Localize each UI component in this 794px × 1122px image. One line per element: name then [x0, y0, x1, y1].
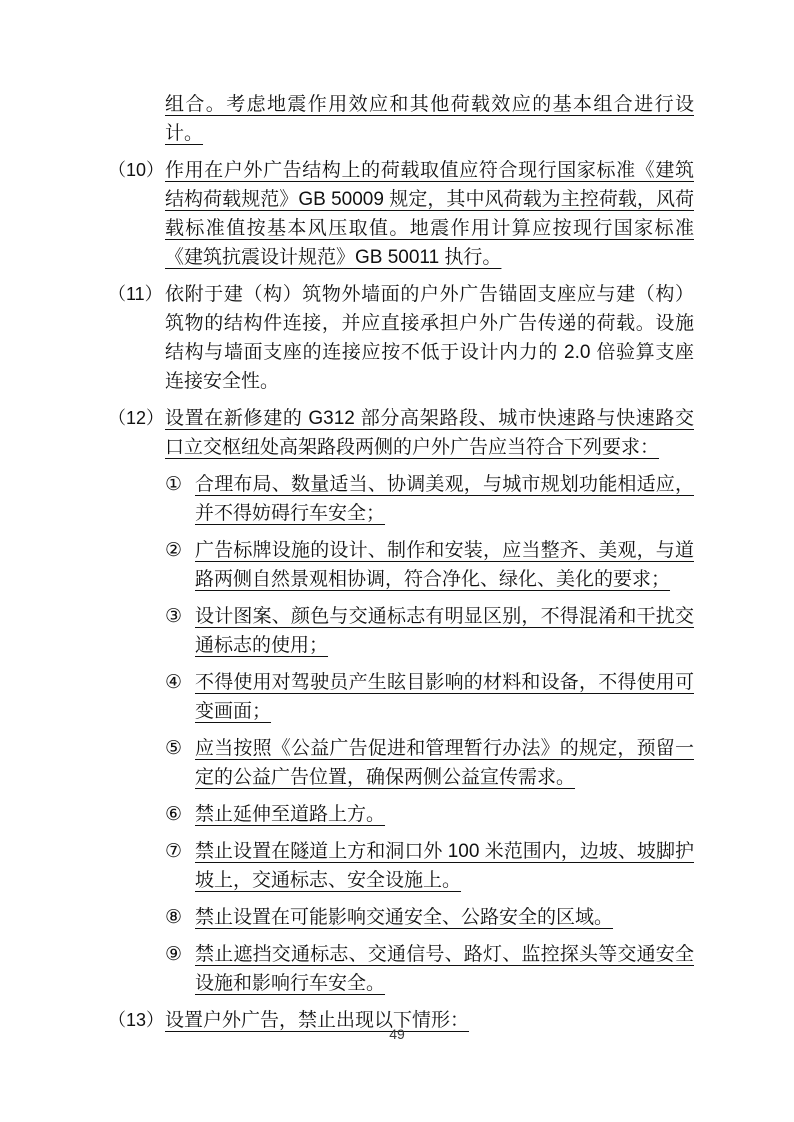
item-10: （10） 作用在户外广告结构上的荷载取值应符合现行国家标准《建筑结构荷载规范》G…: [108, 156, 694, 272]
page-number: 49: [0, 1026, 794, 1042]
sub-list-item: ④ 不得使用对驾驶员产生眩目影响的材料和设备，不得使用可变画面；: [165, 668, 694, 726]
sub-list-item: ⑨ 禁止遮挡交通标志、交通信号、路灯、监控探头等交通安全设施和影响行车安全。: [165, 940, 694, 998]
item-number-label: （12）: [108, 404, 165, 433]
item-12: （12） 设置在新修建的 G312 部分高架路段、城市快速路与快速路交口立交枢纽…: [108, 404, 694, 998]
item-11: （11） 依附于建（构）筑物外墙面的户外广告锚固支座应与建（构）筑物的结构件连接…: [108, 280, 694, 396]
item-continuation: 组合。考虑地震作用效应和其他荷载效应的基本组合进行设计。: [108, 90, 694, 148]
subitem-text: 合理布局、数量适当、协调美观，与城市规划功能相适应，并不得妨碍行车安全；: [195, 470, 694, 528]
item-text: 作用在户外广告结构上的荷载取值应符合现行国家标准《建筑结构荷载规范》GB 500…: [165, 156, 694, 272]
subitem-circled-number: ③: [165, 602, 195, 631]
subitem-circled-number: ②: [165, 536, 195, 565]
sub-list-item: ⑦ 禁止设置在隧道上方和洞口外 100 米范围内，边坡、坡脚护坡上，交通标志、安…: [165, 837, 694, 895]
subitem-circled-number: ⑧: [165, 903, 195, 932]
item-number-label: （10）: [108, 156, 165, 185]
subitem-text: 应当按照《公益广告促进和管理暂行办法》的规定，预留一定的公益广告位置，确保两侧公…: [195, 734, 694, 792]
subitem-text: 设计图案、颜色与交通标志有明显区别，不得混淆和干扰交通标志的使用；: [195, 602, 694, 660]
subitem-circled-number: ⑥: [165, 800, 195, 829]
subitem-text: 禁止设置在可能影响交通安全、公路安全的区域。: [195, 903, 694, 932]
sub-list-item: ⑧ 禁止设置在可能影响交通安全、公路安全的区域。: [165, 903, 694, 932]
sub-list-item: ⑤ 应当按照《公益广告促进和管理暂行办法》的规定，预留一定的公益广告位置，确保两…: [165, 734, 694, 792]
subitem-circled-number: ⑨: [165, 940, 195, 969]
sub-list-item: ② 广告标牌设施的设计、制作和安装，应当整齐、美观，与道路两侧自然景观相协调，符…: [165, 536, 694, 594]
subitem-circled-number: ⑦: [165, 837, 195, 866]
item-text: 设置在新修建的 G312 部分高架路段、城市快速路与快速路交口立交枢纽处高架路段…: [165, 404, 694, 462]
sub-list-item: ⑥ 禁止延伸至道路上方。: [165, 800, 694, 829]
item-body: 依附于建（构）筑物外墙面的户外广告锚固支座应与建（构）筑物的结构件连接，并应直接…: [165, 280, 694, 396]
item-text: 依附于建（构）筑物外墙面的户外广告锚固支座应与建（构）筑物的结构件连接，并应直接…: [165, 280, 694, 396]
subitem-circled-number: ⑤: [165, 734, 195, 763]
subitem-text: 禁止遮挡交通标志、交通信号、路灯、监控探头等交通安全设施和影响行车安全。: [195, 940, 694, 998]
sub-list: ① 合理布局、数量适当、协调美观，与城市规划功能相适应，并不得妨碍行车安全； ②…: [165, 470, 694, 998]
subitem-text: 广告标牌设施的设计、制作和安装，应当整齐、美观，与道路两侧自然景观相协调，符合净…: [195, 536, 694, 594]
item-body: 组合。考虑地震作用效应和其他荷载效应的基本组合进行设计。: [165, 90, 694, 148]
sub-list-item: ③ 设计图案、颜色与交通标志有明显区别，不得混淆和干扰交通标志的使用；: [165, 602, 694, 660]
item-body: 作用在户外广告结构上的荷载取值应符合现行国家标准《建筑结构荷载规范》GB 500…: [165, 156, 694, 272]
subitem-text: 禁止设置在隧道上方和洞口外 100 米范围内，边坡、坡脚护坡上，交通标志、安全设…: [195, 837, 694, 895]
sub-list-item: ① 合理布局、数量适当、协调美观，与城市规划功能相适应，并不得妨碍行车安全；: [165, 470, 694, 528]
item-body: 设置在新修建的 G312 部分高架路段、城市快速路与快速路交口立交枢纽处高架路段…: [165, 404, 694, 998]
document-content: 组合。考虑地震作用效应和其他荷载效应的基本组合进行设计。 （10） 作用在户外广…: [108, 90, 694, 1043]
item-number-label: （11）: [108, 280, 165, 309]
subitem-text: 不得使用对驾驶员产生眩目影响的材料和设备，不得使用可变画面；: [195, 668, 694, 726]
subitem-circled-number: ④: [165, 668, 195, 697]
subitem-circled-number: ①: [165, 470, 195, 499]
subitem-text: 禁止延伸至道路上方。: [195, 800, 694, 829]
item-text: 组合。考虑地震作用效应和其他荷载效应的基本组合进行设计。: [165, 90, 694, 148]
document-page: 组合。考虑地震作用效应和其他荷载效应的基本组合进行设计。 （10） 作用在户外广…: [0, 0, 794, 1122]
